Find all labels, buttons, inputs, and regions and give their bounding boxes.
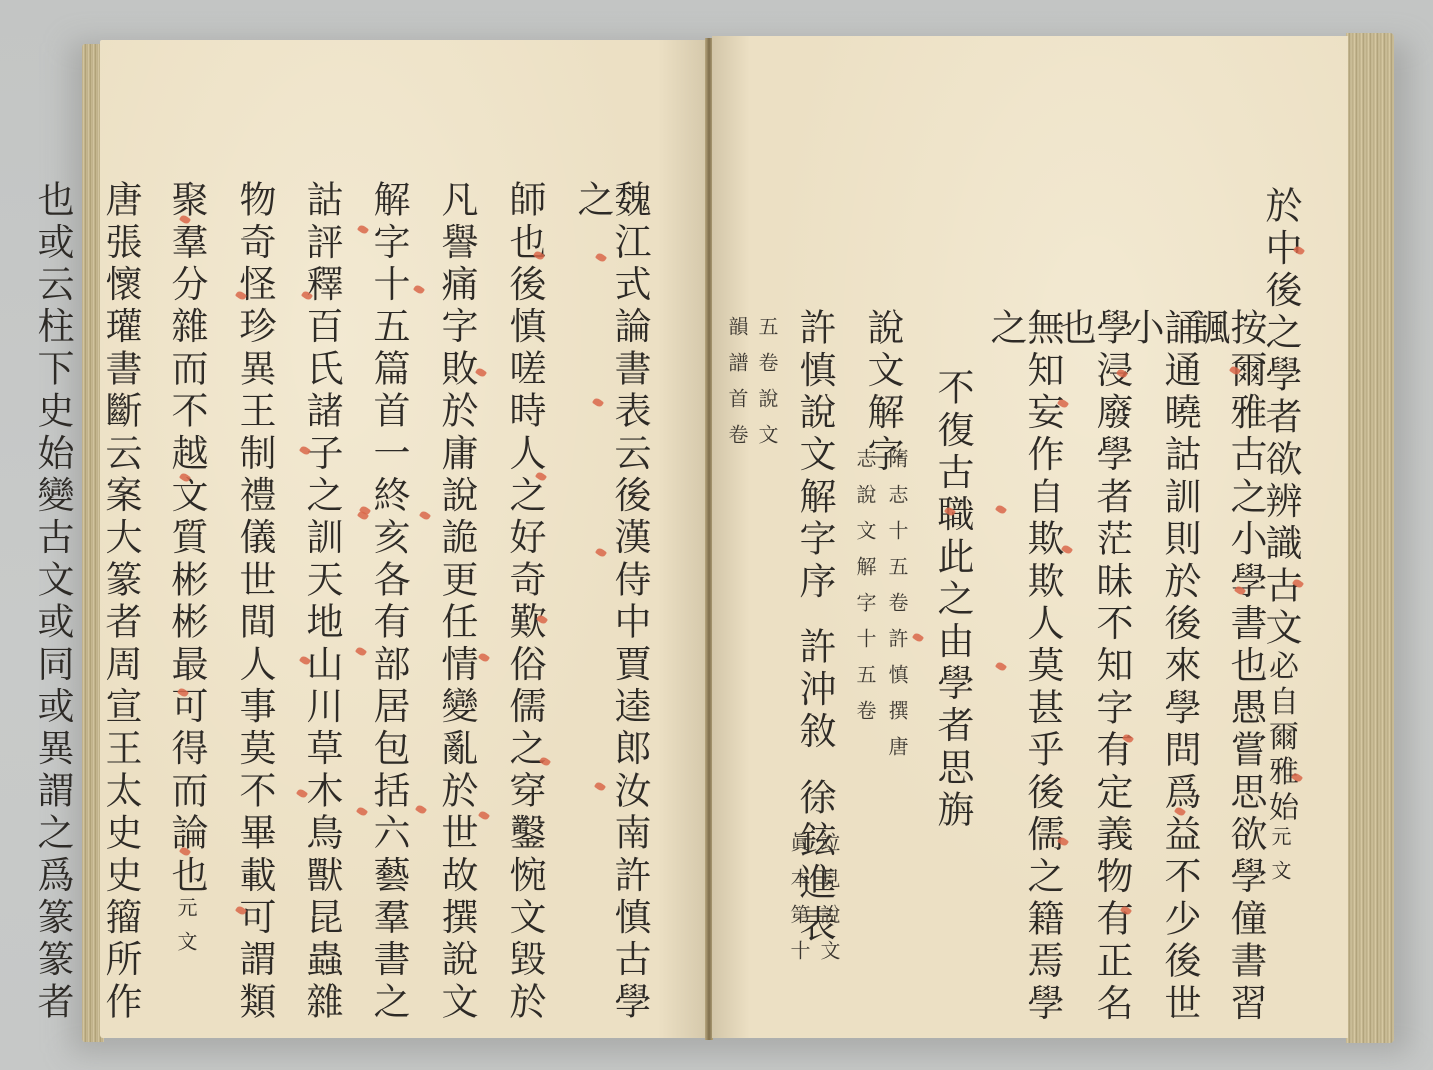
right-col-8-note-left: 眞本第十 [786,832,812,976]
left-col-4: 解字十五篇首一終亥各有部居包括六藝羣書之 [370,180,407,1024]
left-col-7-text: 聚羣分雜而不越文質彬彬最可得而論也 [165,180,208,897]
left-col-9: 也或云柱下史始變古文或同或異謂之爲篆篆者 [34,180,71,1024]
right-col-7-note-left: 志說文解字十五卷 [852,448,878,736]
right-page: 於中後之學者欲辨識古文必自爾雅始元文 按爾雅古之小學書也愚嘗思欲學僮書習諷 誦通… [712,36,1348,1038]
right-col-8-text: 許慎說文解字序 [793,308,836,603]
left-col-7-note: 元文 [176,897,196,965]
right-col-3: 誦通曉詁訓則於後來學問爲益不少後世小 [1124,308,1198,1038]
right-col-7-note-right: 隋志十五卷許慎撰唐 [884,448,910,772]
right-col-2: 按爾雅古之小學書也愚嘗思欲學僮書習諷 [1190,308,1264,1038]
right-col-8-note-right: 竝見說文 [816,832,842,976]
right-col-5: 無知妄作自欺欺人莫甚乎後儒之籍焉學之 [987,308,1061,1038]
left-col-6: 物奇怪珍異王制禮儀世間人事莫不畢載可謂類 [236,180,273,1024]
right-col-6: 不復古職此之由學者思旃 [934,368,971,832]
right-col-9-note-right: 五卷說文 [754,316,780,460]
left-col-5: 詁評釋百氏諸子之訓天地山川草木鳥獸昆蟲雜 [303,180,340,1024]
left-col-3: 凡譽痛字敗於庸說詭更任情變亂於世故撰說文 [438,180,475,1024]
left-col-8: 唐張懷瓘書斷云案大篆者周宣王太史史籀所作 [102,180,139,1024]
right-col-1-cont: 必自爾雅始 [1263,650,1298,826]
right-col-4: 學浸廢學者茫昧不知字有定義物有正名也 [1056,308,1130,1038]
right-page-fore-edge [1346,33,1394,1043]
right-col-1: 於中後之學者欲辨識古文必自爾雅始元文 [1262,186,1299,894]
left-col-1: 魏江式論書表云後漢侍中賈逵郎汝南許慎古學之 [574,180,648,1038]
left-col-2: 師也後慎嗟時人之好奇歎俗儒之穿鑿惋文毀於 [506,180,543,1024]
right-col-1-note: 元文 [1270,826,1290,894]
right-col-8-author: 許沖敘 [796,603,833,754]
left-page: 魏江式論書表云後漢侍中賈逵郎汝南許慎古學之 師也後慎嗟時人之好奇歎俗儒之穿鑿惋文… [100,40,706,1038]
right-col-9-note-left: 韻譜首卷 [724,316,750,460]
